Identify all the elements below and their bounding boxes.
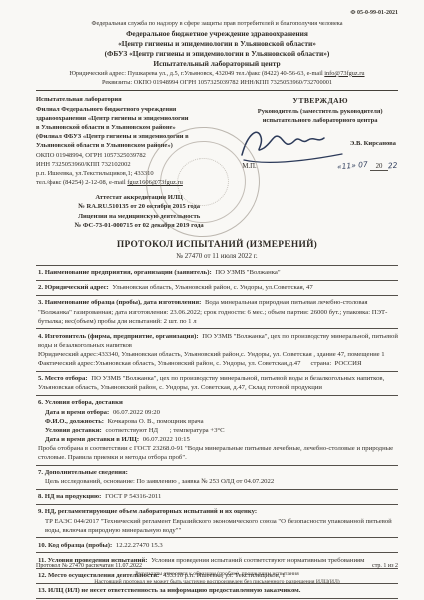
footer-note-2: Настоящий протокол не может быть частичн…	[36, 578, 398, 587]
lab-block: Испытательная лаборатория Филиал Федерал…	[36, 95, 242, 230]
header-email: info@73fguz.ru	[324, 70, 364, 77]
protocol-item-9: 9. НД, регламентирующие объем лабораторн…	[36, 505, 398, 538]
lab-address: р.п. Ишеевка, ул.Текстильщиков,1; 433310	[36, 169, 242, 178]
form-code: Ф 05-0-99-01-2021	[36, 10, 398, 16]
protocol-item-10: 10. Код образца (пробы): 12.22.27470 15.…	[36, 538, 398, 553]
protocol-item-3: 3. Наименование образца (пробы), дата из…	[36, 296, 398, 329]
protocol-document: Ф 05-0-99-01-2021 Федеральная служба по …	[0, 0, 424, 600]
protocol-number: № 27470 от 11 июля 2022 г.	[36, 252, 398, 260]
approve-word: УТВЕРЖДАЮ	[242, 96, 398, 107]
approver-role-1: Руководитель (заместитель руководителя)	[242, 107, 398, 116]
protocol-item-1: 1. Наименование предприятия, организации…	[36, 266, 398, 281]
header-divider	[36, 90, 398, 91]
approval-date: «11» 07 2022	[337, 161, 398, 172]
header-org-type: Федеральное бюджетное учреждение здравоо…	[36, 29, 398, 39]
signature-stroke-icon	[238, 123, 358, 167]
signature-area: Э.В. Кирсанова	[242, 127, 398, 161]
accreditation-block: Аттестат аккредитации ИЛЦ № RA.RU.510135…	[36, 193, 242, 231]
approver-name: Э.В. Кирсанова	[350, 139, 396, 148]
header-requisites: Реквизиты: ОКПО 01948994 ОГРН 1057325039…	[36, 79, 398, 88]
protocol-items: 1. Наименование предприятия, организации…	[36, 265, 398, 599]
lab-inn: ИНН 7325053960/КПП 732102002	[36, 160, 242, 169]
header-center-name: Испытательный лабораторный центр	[36, 59, 398, 69]
protocol-item-2: 2. Юридический адрес: Ульяновская област…	[36, 281, 398, 296]
header-org-abbrev: (ФБУЗ «Центр гигиены и эпидемиологии в У…	[36, 49, 398, 59]
lab-title: Испытательная лаборатория	[36, 95, 242, 104]
lab-email: fguz1606@73fguz.ru	[127, 179, 183, 186]
info-columns: Испытательная лаборатория Филиал Федерал…	[36, 95, 398, 230]
lab-okpo: ОКПО 01948994, ОГРН 1057325039782	[36, 151, 242, 160]
protocol-item-4: 4. Изготовитель (фирма, предприятие, орг…	[36, 329, 398, 371]
footer-print-info: Протокол № 27470 распечатан 11.07.2022	[36, 563, 142, 569]
protocol-item-5: 5. Место отбора: ПО УЗМВ "Волжанка", цех…	[36, 372, 398, 396]
protocol-item-8: 8. НД на продукцию: ГОСТ Р 54316-2011	[36, 490, 398, 505]
header-agency: Федеральная служба по надзору в сфере за…	[36, 20, 398, 29]
footer-note-1: Результаты относятся к образцам (пробам)…	[36, 570, 398, 579]
approval-block: УТВЕРЖДАЮ Руководитель (заместитель руко…	[242, 95, 398, 230]
header-org-name: «Центр гигиены и эпидемиологии в Ульянов…	[36, 39, 398, 49]
protocol-item-6: 6. Условия отбора, доставки Дата и время…	[36, 396, 398, 466]
protocol-item-7: 7. Дополнительные сведения: Цель исследо…	[36, 466, 398, 490]
lab-contact: тел./факс (84254) 2-12-08, e-mail fguz16…	[36, 178, 242, 187]
page-footer: Протокол № 27470 распечатан 11.07.2022 с…	[36, 563, 398, 587]
footer-page-number: стр. 1 из 2	[372, 563, 398, 569]
protocol-title: ПРОТОКОЛ ИСПЫТАНИЙ (ИЗМЕРЕНИЙ)	[36, 240, 398, 250]
header-address-line: Юридический адрес: Пушкарева ул., д.5, г…	[36, 70, 398, 79]
header-address: Юридический адрес: Пушкарева ул., д.5, г…	[69, 70, 324, 77]
